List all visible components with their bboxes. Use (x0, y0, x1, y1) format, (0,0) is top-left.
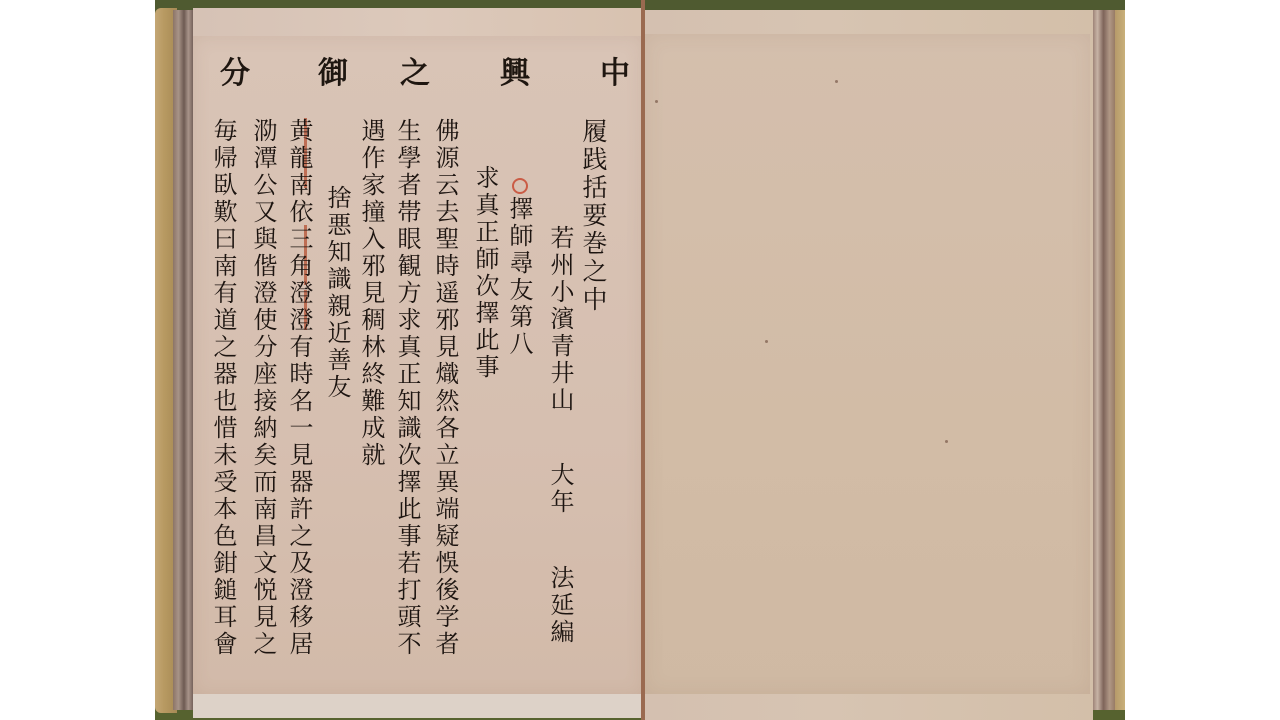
right-cover-edge (1115, 10, 1125, 710)
banner-char: 之 (400, 48, 430, 92)
text-column: 毎帰臥歎曰南有道之器也惜未受本色鉗鎚耳會 (208, 118, 238, 658)
stage: 中 興 之 御 分 履践括要巻之中 若州小濱青井山 大年 法延編 擇師尋友第八 … (0, 0, 1280, 720)
banner-char: 分 (220, 48, 250, 92)
section-heading: 求真正師次擇此事 (470, 165, 500, 381)
banner-char: 中 (600, 48, 630, 92)
left-page-bottom-margin (193, 694, 643, 718)
left-page-stack (173, 10, 195, 710)
text-column: 黄龍南依三角澄澄有時名一見器許之及澄移居 (284, 118, 314, 658)
editor-credit: 法延編 (545, 565, 575, 646)
text-column: 生學者帯眼観方求真正知識次擇此事若打頭不 (392, 118, 422, 658)
text-column: 遇作家撞入邪見稠林終難成就 (356, 118, 386, 469)
header-banner: 中 興 之 御 分 (200, 48, 640, 96)
banner-char: 御 (318, 48, 348, 92)
volume-title: 履践括要巻之中 (578, 118, 608, 314)
right-page-blank-area (645, 34, 1090, 694)
paper-spot (945, 440, 948, 443)
paper-spot (835, 80, 838, 83)
text-column: 捨悪知識親近善友 (322, 185, 352, 401)
text-column: 佛源云去聖時遥邪見熾然各立異端疑悞後学者 (430, 118, 460, 658)
location-line: 若州小濱青井山 (545, 225, 575, 414)
red-circle-mark (512, 178, 528, 194)
author-name: 大年 (545, 462, 575, 516)
text-column: 泐潭公又與偕澄使分座接納矣而南昌文悦見之 (248, 118, 278, 658)
paper-spot (765, 340, 768, 343)
right-page (645, 10, 1093, 720)
paper-spot (655, 100, 658, 103)
chapter-heading: 擇師尋友第八 (504, 196, 534, 358)
banner-char: 興 (500, 48, 530, 92)
